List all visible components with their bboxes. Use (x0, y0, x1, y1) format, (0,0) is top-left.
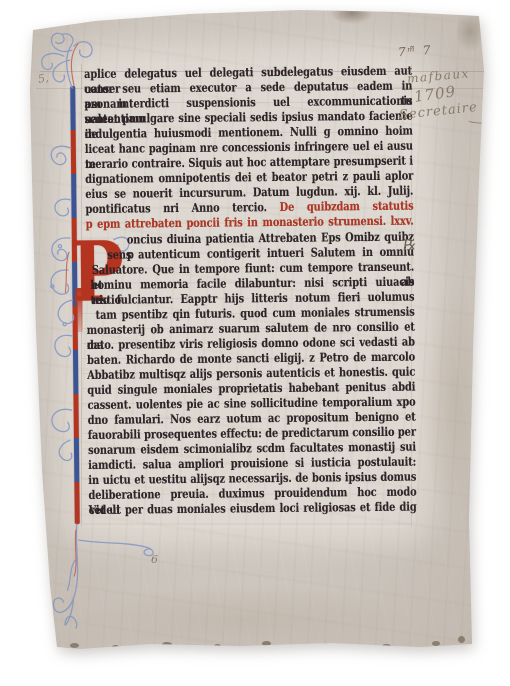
edge-damage-spot (322, 643, 330, 648)
manuscript-leaf-wrapper: P aplice delegatus uel delegati subdeleg… (0, 0, 510, 686)
manuscript-photo: { "colors": { "parchment": "#cdc6be", "i… (0, 0, 510, 686)
edge-damage-spot (36, 572, 40, 579)
illuminated-initial-stem (75, 288, 82, 332)
body-text: cet ut per duas moniales eiusdem loci re… (89, 500, 417, 517)
rubric-text: De quibzdam statutis (280, 199, 414, 214)
body-text: pontificatus nri Anno tercio. (85, 200, 279, 216)
edge-damage-spot (31, 506, 35, 514)
text-line: cet ut per duas moniales eiusdem loci re… (89, 500, 417, 518)
edge-damage-spot (27, 186, 31, 192)
manuscript-content-layer: P aplice delegatus uel delegati subdeleg… (0, 0, 510, 686)
edge-damage-spot (33, 540, 38, 549)
manuscript-text: aplice delegatus uel delegati subdelegat… (84, 64, 417, 519)
parchment-leaf: P aplice delegatus uel delegati subdeleg… (0, 0, 510, 686)
edge-damage-spot (29, 472, 34, 479)
